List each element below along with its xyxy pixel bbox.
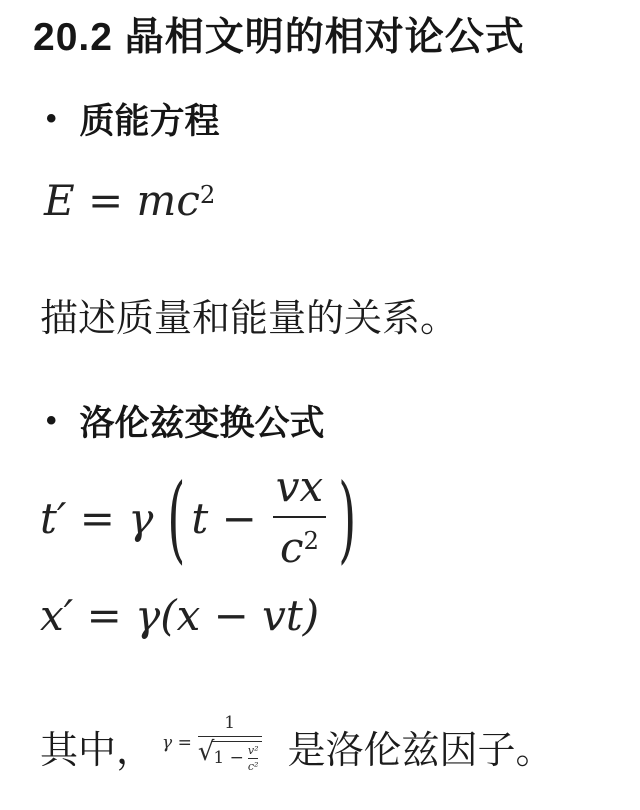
page-title: 20.2 晶相文明的相对论公式 xyxy=(33,16,525,61)
bullet-icon: • xyxy=(46,406,57,436)
radicand: 1 − v² c² xyxy=(211,741,261,772)
fraction-numerator: 1 xyxy=(224,715,235,736)
fraction-v2-over-c2: v² c² xyxy=(248,745,259,772)
lorentz-time-lhs: t′ = γ xyxy=(40,494,153,543)
document-page: 20.2 晶相文明的相对论公式 • 质能方程 E = mc2 描述质量和能量的关… xyxy=(0,0,640,810)
note-outro-text: 是洛伦兹因子。 xyxy=(288,719,554,774)
fraction-one-over-sqrt: 1 √ 1 − v² c² xyxy=(198,715,262,772)
section-heading-lorentz: 洛伦兹变换公式 xyxy=(80,396,325,446)
note-intro-text: 其中， xyxy=(40,719,154,774)
bullet-item-lorentz: • 洛伦兹变换公式 xyxy=(46,396,325,446)
bullet-icon: • xyxy=(46,104,57,134)
formula-lorentz-space: x′ = γ(x − vt) xyxy=(40,590,319,643)
bullet-item-mass-energy: • 质能方程 xyxy=(46,94,220,144)
lorentz-time-inner: t − xyxy=(191,494,256,543)
gamma-lhs: γ = xyxy=(162,733,192,753)
fraction-vx-over-c2: vxc2 xyxy=(269,466,330,571)
square-root: √ 1 − v² c² xyxy=(198,739,262,772)
formula-mass-energy-body: E = mc xyxy=(44,176,200,225)
formula-lorentz-time: t′ = γ(t −vxc2) xyxy=(40,466,356,570)
gamma-factor-note: 其中， γ = 1 √ 1 − v² c² xyxy=(40,708,554,784)
open-paren: ( xyxy=(167,471,185,565)
formula-lorentz-factor: γ = 1 √ 1 − v² c² xyxy=(162,715,261,772)
close-paren: ) xyxy=(338,471,356,565)
fraction-numerator: vx xyxy=(269,466,330,516)
mass-energy-description: 描述质量和能量的关系。 xyxy=(40,297,458,343)
fraction-denominator: c2 xyxy=(273,516,326,571)
section-heading-mass-energy: 质能方程 xyxy=(80,94,220,144)
fraction-denominator: √ 1 − v² c² xyxy=(198,736,262,772)
formula-mass-energy: E = mc2 xyxy=(44,176,215,226)
formula-mass-energy-exponent: 2 xyxy=(200,180,216,209)
